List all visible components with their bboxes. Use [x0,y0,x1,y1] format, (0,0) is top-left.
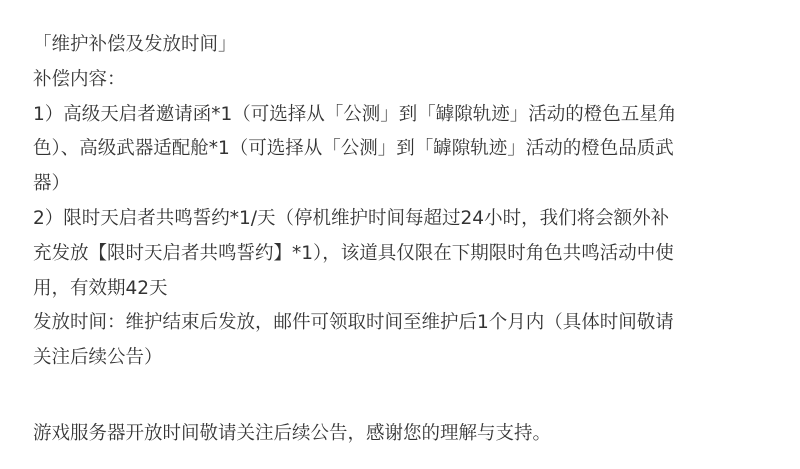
item2-line-1: 2）限时天启者共鸣誓约*1/天（停机维护时间每超过24小时，我们将会额外补 [33,202,773,237]
distribution-line-1: 发放时间：维护结束后发放，邮件可领取时间至维护后1个月内（具体时间敬请 [33,306,773,341]
announcement-body: 「维护补偿及发放时间」 补偿内容： 1）高级天启者邀请函*1（可选择从「公测」到… [33,28,773,452]
item1-line-2: 色）、高级武器适配舱*1（可选择从「公测」到「罅隙轨迹」活动的橙色品质武 [33,132,773,167]
item2-line-2: 充发放【限时天启者共鸣誓约】*1），该道具仅限在下期限时角色共鸣活动中使 [33,237,773,272]
closing-line: 游戏服务器开放时间敬请关注后续公告，感谢您的理解与支持。 [33,417,773,452]
item1-line-3: 器） [33,167,773,202]
section-title: 「维护补偿及发放时间」 [33,28,773,63]
spacer [33,376,773,417]
distribution-line-2: 关注后续公告） [33,341,773,376]
item1-line-1: 1）高级天启者邀请函*1（可选择从「公测」到「罅隙轨迹」活动的橙色五星角 [33,98,773,133]
item2-line-3: 用，有效期42天 [33,272,773,307]
compensation-label: 补偿内容： [33,63,773,98]
